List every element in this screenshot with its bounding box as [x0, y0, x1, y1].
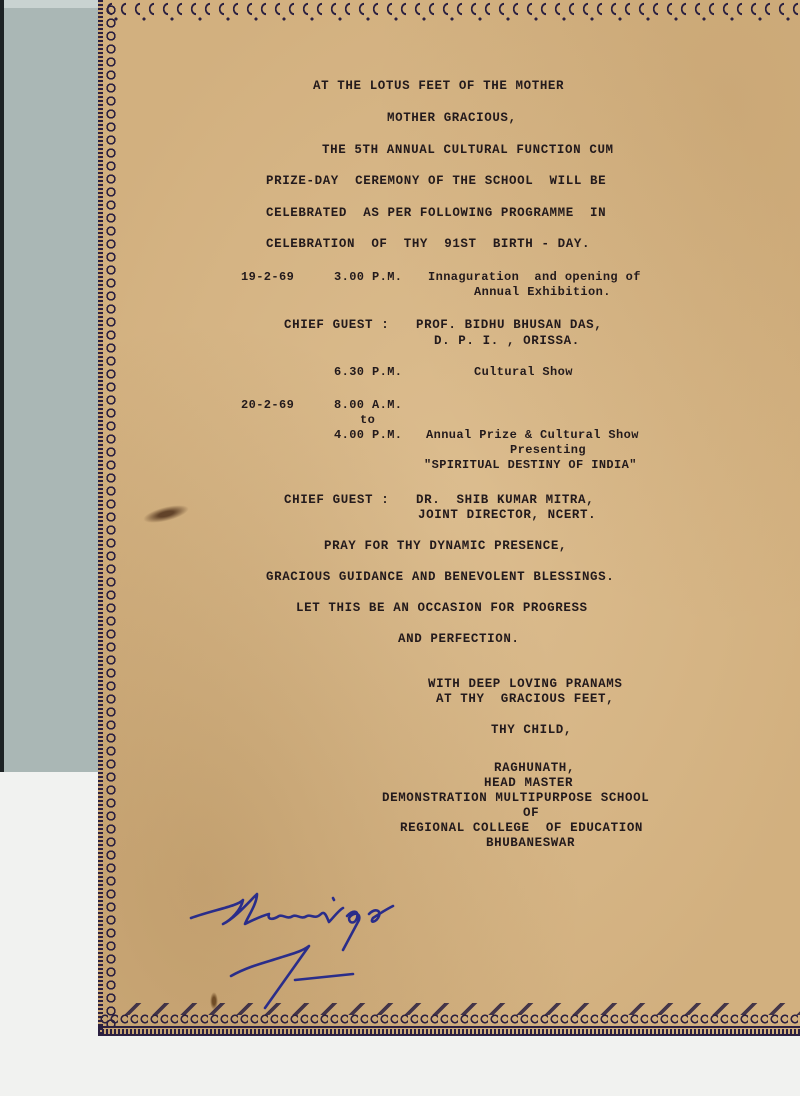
- decorative-border-left-ticks: [98, 0, 103, 1036]
- heading-line: PRIZE-DAY CEREMONY OF THE SCHOOL WILL BE: [266, 174, 606, 188]
- chief-guest-title: JOINT DIRECTOR, NCERT.: [418, 508, 596, 522]
- heading-line: AT THE LOTUS FEET OF THE MOTHER: [313, 79, 564, 93]
- scanner-background-highlight: [4, 0, 100, 8]
- prayer-line: GRACIOUS GUIDANCE AND BENEVOLENT BLESSIN…: [266, 570, 614, 584]
- programme-time: 3.00 P.M.: [334, 270, 402, 284]
- programme-event: Annual Prize & Cultural Show: [426, 428, 639, 442]
- sender-city: BHUBANESWAR: [486, 836, 575, 850]
- sender-college: REGIONAL COLLEGE OF EDUCATION: [400, 821, 643, 835]
- heading-line: MOTHER GRACIOUS,: [387, 111, 517, 125]
- chief-guest-label: CHIEF GUEST :: [284, 493, 389, 507]
- prayer-line: PRAY FOR THY DYNAMIC PRESENCE,: [324, 539, 567, 553]
- programme-event: Cultural Show: [474, 365, 573, 379]
- programme-time: 6.30 P.M.: [334, 365, 402, 379]
- heading-line: CELEBRATED AS PER FOLLOWING PROGRAMME IN: [266, 206, 606, 220]
- chief-guest-label: CHIEF GUEST :: [284, 318, 389, 332]
- decorative-rings: [98, 1013, 800, 1025]
- decorative-ticks: [98, 1026, 800, 1036]
- programme-time: 4.00 P.M.: [334, 428, 402, 442]
- closing-line: WITH DEEP LOVING PRANAMS: [428, 677, 622, 691]
- signoff: THY CHILD,: [491, 723, 572, 737]
- scanner-background-upper: [4, 0, 100, 772]
- programme-event: "SPIRITUAL DESTINY OF INDIA": [424, 458, 637, 472]
- decorative-border-left: [104, 4, 118, 1028]
- scanner-background-lower: [0, 772, 100, 1096]
- decorative-border-top-dots: [98, 16, 800, 24]
- chief-guest-name: DR. SHIB KUMAR MITRA,: [416, 493, 594, 507]
- prayer-line: LET THIS BE AN OCCASION FOR PROGRESS: [296, 601, 588, 615]
- sender-title: HEAD MASTER: [484, 776, 573, 790]
- sender-of: OF: [523, 806, 539, 820]
- heading-line: THE 5TH ANNUAL CULTURAL FUNCTION CUM: [322, 143, 614, 157]
- handwritten-blessings-annotation: [183, 880, 423, 1010]
- closing-line: AT THY GRACIOUS FEET,: [436, 692, 614, 706]
- programme-event: Innaguration and opening of: [428, 270, 641, 284]
- programme-event: Presenting: [510, 443, 586, 457]
- ink-stain: [135, 498, 198, 530]
- chief-guest-name: PROF. BIDHU BHUSAN DAS,: [416, 318, 602, 332]
- programme-event: Annual Exhibition.: [474, 285, 611, 299]
- prayer-line: AND PERFECTION.: [398, 632, 520, 646]
- chief-guest-title: D. P. I. , ORISSA.: [434, 334, 580, 348]
- sender-name: RAGHUNATH,: [494, 761, 575, 775]
- heading-line: CELEBRATION OF THY 91ST BIRTH - DAY.: [266, 237, 590, 251]
- document-paper: AT THE LOTUS FEET OF THE MOTHER MOTHER G…: [98, 0, 800, 1036]
- programme-date: 20-2-69: [241, 398, 294, 412]
- scanner-background-bottom: [100, 1036, 800, 1096]
- sender-school: DEMONSTRATION MULTIPURPOSE SCHOOL: [382, 791, 649, 805]
- programme-date: 19-2-69: [241, 270, 294, 284]
- programme-time: 8.00 A.M.: [334, 398, 402, 412]
- programme-to: to: [360, 413, 375, 427]
